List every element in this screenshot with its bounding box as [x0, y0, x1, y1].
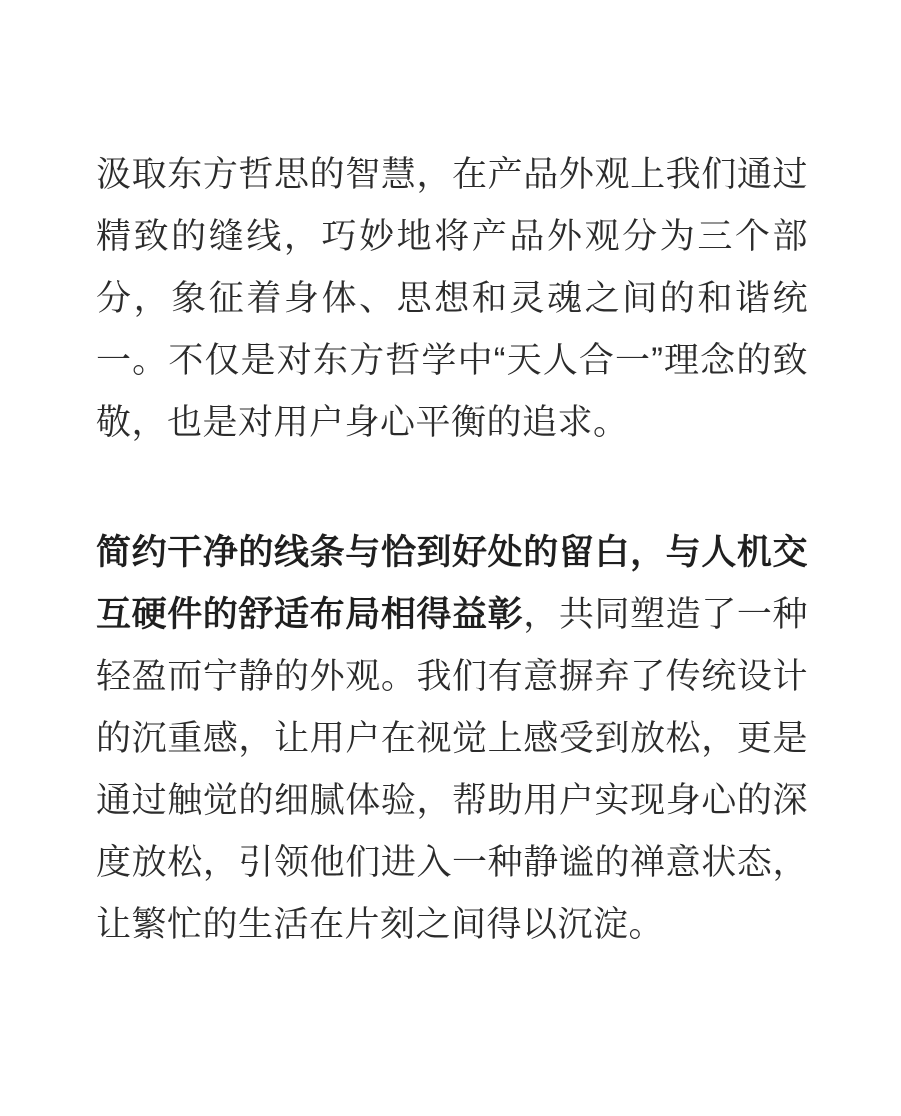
text-block: 汲取东方哲思的智慧，在产品外观上我们通过精致的缝线，巧妙地将产品外观分为三个部分… [96, 144, 808, 956]
document-page: 汲取东方哲思的智慧，在产品外观上我们通过精致的缝线，巧妙地将产品外观分为三个部分… [0, 0, 901, 1116]
paragraph-design-philosophy: 汲取东方哲思的智慧，在产品外观上我们通过精致的缝线，巧妙地将产品外观分为三个部分… [96, 144, 808, 454]
paragraph-minimal-lines: 简约干净的线条与恰到好处的留白，与人机交互硬件的舒适布局相得益彰，共同塑造了一种… [96, 522, 808, 956]
paragraph-body-text: ，共同塑造了一种轻盈而宁静的外观。我们有意摒弃了传统设计的沉重感，让用户在视觉上… [96, 595, 808, 944]
